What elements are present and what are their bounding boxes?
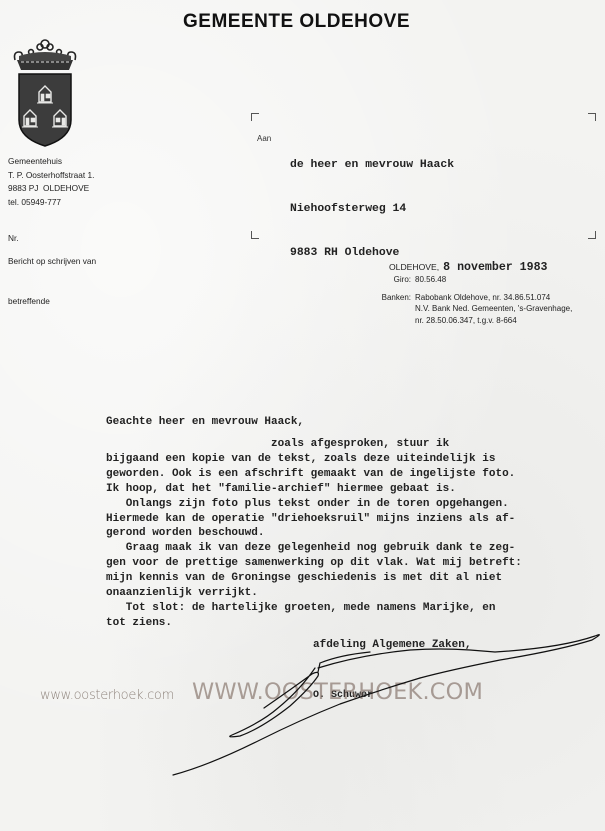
giro-row: Giro: 80.56.48: [362, 274, 572, 286]
date-place: OLDEHOVE,: [389, 262, 439, 272]
closing-department: afdeling Algemene Zaken,: [313, 639, 471, 651]
sender-line: tel. 05949-777: [8, 196, 94, 210]
sender-line: 9883 PJ OLDEHOVE: [8, 182, 94, 196]
letter-body-line: Tot slot: de hartelijke groeten, mede na…: [106, 601, 522, 616]
letter-body-line: Onlangs zijn foto plus tekst onder in de…: [106, 497, 522, 512]
letter-body: zoals afgesproken, stuur ikbijgaand een …: [106, 437, 522, 631]
date-value: 8 november 1983: [443, 261, 547, 274]
letter-body-line: Ik hoop, dat het "familie-archief" hierm…: [106, 482, 522, 497]
banken-row: Banken: Rabobank Oldehove, nr. 34.86.51.…: [362, 292, 572, 304]
watermark-large: WWW.OOSTERHOEK.COM: [192, 680, 483, 705]
letter-body-line: onaanzienlijk verrijkt.: [106, 586, 522, 601]
banken-row: N.V. Bank Ned. Gemeenten, 's-Gravenhage,: [362, 303, 572, 315]
address-window-corner: [251, 113, 259, 121]
watermark-small: www.oosterhoek.com: [40, 688, 174, 703]
date-line: OLDEHOVE, 8 november 1983: [389, 257, 548, 275]
banken-line: nr. 28.50.06.347, t.g.v. 8-664: [415, 315, 517, 327]
banken-label: Banken:: [362, 292, 415, 304]
letter-body-line: tot ziens.: [106, 616, 522, 631]
bericht-label: Bericht op schrijven van: [8, 256, 96, 266]
letter-body-line: gen voor de prettige samenwerking op dit…: [106, 556, 522, 571]
letter-body-line: mijn kennis van de Groningse geschiedeni…: [106, 571, 522, 586]
recipient-line: de heer en mevrouw Haack: [290, 158, 454, 173]
betreffende-label: betreffende: [8, 296, 50, 306]
banken-line: N.V. Bank Ned. Gemeenten, 's-Gravenhage,: [415, 303, 572, 315]
sender-address: Gemeentehuis T. P. Oosterhoffstraat 1. 9…: [8, 155, 94, 209]
letterhead-title: GEMEENTE OLDEHOVE: [183, 11, 410, 33]
recipient-address: de heer en mevrouw Haack Niehoofsterweg …: [290, 128, 454, 276]
letter-body-line: gerond worden beschouwd.: [106, 526, 522, 541]
sender-line: T. P. Oosterhoffstraat 1.: [8, 169, 94, 183]
banken-line: Rabobank Oldehove, nr. 34.86.51.074: [415, 292, 550, 304]
address-window-corner: [251, 231, 259, 239]
aan-label: Aan: [257, 134, 271, 143]
bank-info: Giro: 80.56.48 Banken: Rabobank Oldehove…: [362, 274, 572, 326]
giro-label: Giro:: [362, 274, 415, 286]
salutation: Geachte heer en mevrouw Haack,: [106, 416, 304, 428]
giro-value: 80.56.48: [415, 274, 446, 286]
sender-line: Gemeentehuis: [8, 155, 94, 169]
letter-body-line: geworden. Ook is een afschrift gemaakt v…: [106, 467, 522, 482]
recipient-line: Niehoofsterweg 14: [290, 202, 454, 217]
address-window-corner: [588, 231, 596, 239]
letter-body-line: Graag maak ik van deze gelegenheid nog g…: [106, 541, 522, 556]
letter-body-line: zoals afgesproken, stuur ik: [106, 437, 522, 452]
nr-label: Nr.: [8, 233, 19, 243]
address-window-corner: [588, 113, 596, 121]
banken-row: nr. 28.50.06.347, t.g.v. 8-664: [362, 315, 572, 327]
coat-of-arms-icon: [9, 38, 81, 148]
letter-body-line: Hiermede kan de operatie "driehoeksruil"…: [106, 512, 522, 527]
letter-body-line: bijgaand een kopie van de tekst, zoals d…: [106, 452, 522, 467]
